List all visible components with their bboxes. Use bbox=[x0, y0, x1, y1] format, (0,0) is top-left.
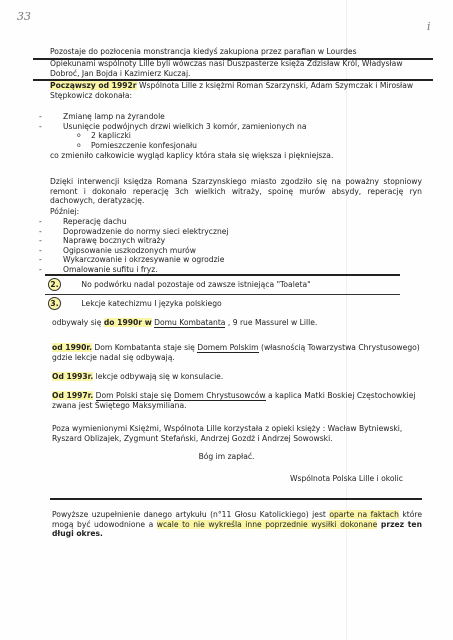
list-item: Doprowadzenie do normy sieci elektryczne… bbox=[35, 227, 229, 237]
text: lekcje odbywają się w konsulacie. bbox=[93, 372, 223, 381]
divider-line bbox=[50, 498, 422, 500]
signature: Wspólnota Polska Lille i okolic bbox=[290, 474, 403, 484]
list-item: Usunięcie podwójnych drzwi wielkich 3 ko… bbox=[35, 122, 307, 132]
lessons-heading: Lekcje katechizmu I języka polskiego bbox=[81, 299, 221, 308]
text: odbywały się bbox=[52, 318, 104, 327]
highlight-since-1992: Począwszy od 1992r bbox=[50, 81, 137, 90]
divider-line bbox=[45, 294, 400, 295]
lessons-until-1990: odbywały się do 1990r w Domu Kombatanta … bbox=[52, 318, 317, 328]
later-label: Później: bbox=[50, 207, 79, 217]
toilet-text: No podwórku nadal pozostaje od zawsze is… bbox=[81, 280, 310, 289]
underlined-dom-polski: Dom Polski staje się bbox=[96, 391, 172, 401]
list-item: Reperację dachu bbox=[35, 217, 229, 227]
since-1997-paragraph: Od 1997r. Dom Polski staje się Domem Chr… bbox=[52, 391, 422, 410]
numbered-item-3: 3. Lekcje katechizmu I języka polskiego bbox=[48, 297, 222, 310]
list-item: Pomieszczenie konfesjonału bbox=[35, 141, 197, 151]
highlight-1990-2: od 1990r. bbox=[52, 343, 92, 352]
text: , 9 rue Massurel w Lille. bbox=[225, 318, 317, 327]
works-list: Zmianę lamp na żyrandole Usunięcie podwó… bbox=[35, 112, 307, 131]
intervention-paragraph: Dzięki interwencji księdza Romana Szarzy… bbox=[50, 177, 422, 206]
numbered-item-2: 2. No podwórku nadal pozostaje od zawsze… bbox=[48, 278, 311, 291]
circled-number-2: 2. bbox=[48, 278, 61, 291]
blessing-line: Bóg im zapłać. bbox=[0, 452, 453, 462]
footer-note: Powyższe uzupełnienie danego artykułu (n… bbox=[52, 510, 422, 539]
highlight-facts: oparte na faktach bbox=[329, 510, 399, 519]
works-sublist: 2 kapliczki Pomieszczenie konfesjonału bbox=[35, 131, 197, 150]
highlight-1990: do 1990r w bbox=[104, 318, 152, 327]
since-1993-line: Od 1993r. lekcje odbywają się w konsulac… bbox=[52, 372, 223, 382]
circled-number-3: 3. bbox=[48, 297, 61, 310]
later-works-list: Reperację dachu Doprowadzenie do normy s… bbox=[35, 217, 229, 275]
text: Dom Kombatanta staje się bbox=[92, 343, 197, 352]
underlined-domem-polskim: Domem Polskim bbox=[197, 343, 258, 353]
highlight-efforts: wcale to nie wykreśla inne poprzednie wy… bbox=[157, 520, 378, 529]
margin-mark: i bbox=[427, 22, 431, 32]
other-priests-paragraph: Poza wymienionymi Księżmi, Wspólnota Lil… bbox=[52, 424, 424, 443]
works-conclusion: co zmieniło całkowicie wygląd kaplicy kt… bbox=[50, 151, 333, 161]
list-item: Naprawę bocznych witraży bbox=[35, 236, 229, 246]
divider-line bbox=[45, 274, 400, 276]
list-item: Zmianę lamp na żyrandole bbox=[35, 112, 307, 122]
text: Powyższe uzupełnienie danego artykułu (n… bbox=[52, 510, 329, 519]
highlight-1997: Od 1997r. bbox=[52, 391, 93, 400]
handwritten-page-number: 33 bbox=[17, 12, 31, 22]
since-1990-paragraph: od 1990r. Dom Kombatanta staje się Domem… bbox=[52, 343, 422, 362]
underlined-dom-kombatanta: Domu Kombatanta bbox=[154, 318, 225, 328]
list-item: 2 kapliczki bbox=[35, 131, 197, 141]
list-item: Ogipsowanie uszkodzonych murów bbox=[35, 246, 229, 256]
monstrance-line: Pozostaje do pozłocenia monstrancja kied… bbox=[50, 47, 357, 57]
caretakers-paragraph: Opiekunami wspólnoty Lille byli wówczas … bbox=[50, 59, 422, 78]
list-item: Wykarczowanie i okrzesywanie w ogrodzie bbox=[35, 255, 229, 265]
highlight-1993: Od 1993r. bbox=[52, 372, 93, 381]
since-1992-paragraph: Począwszy od 1992r Wspólnota Lille z ksi… bbox=[50, 81, 422, 100]
document-page: 33 i Pozostaje do pozłocenia monstrancja… bbox=[0, 0, 453, 640]
underlined-domem-chrystusowcow: Domem Chrystusowców bbox=[174, 391, 266, 401]
